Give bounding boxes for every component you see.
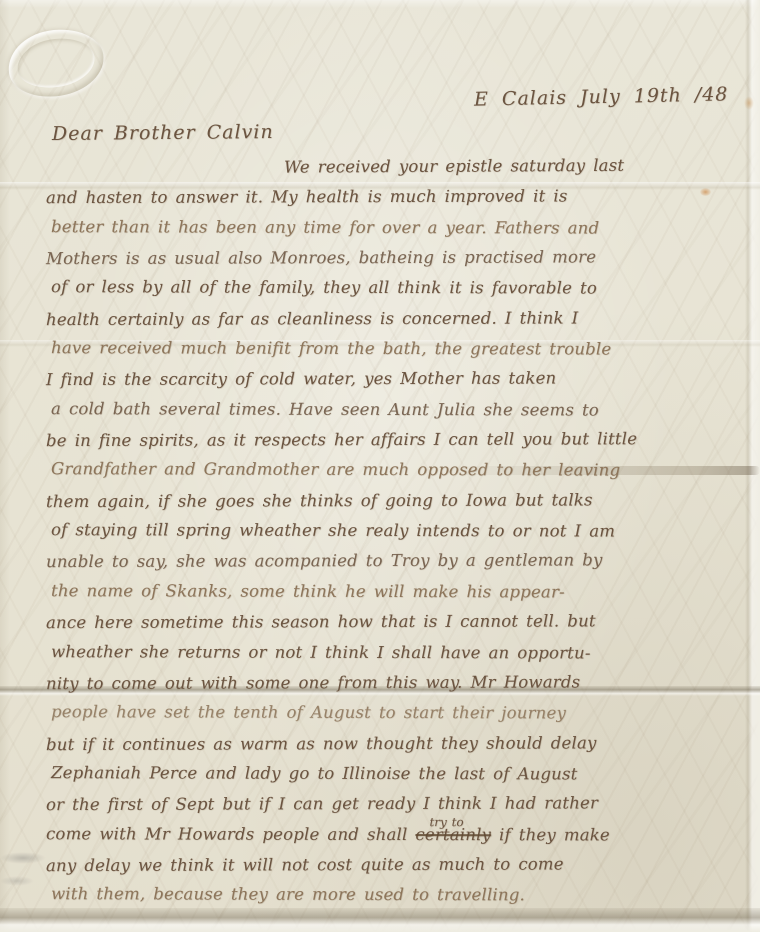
inserted-text: try to <box>429 807 463 837</box>
letter-line: unable to say, she was acompanied to Tro… <box>46 545 746 578</box>
embossed-stationery-seal <box>3 23 108 103</box>
letter-line: of or less by all of the family, they al… <box>46 273 746 305</box>
letter-line: nity to come out with some one from this… <box>46 667 746 700</box>
letter-line: Mothers is as usual also Monroes, bathei… <box>46 242 746 275</box>
letter-line: and hasten to answer it. My health is mu… <box>46 181 746 214</box>
letter-lines-block: and hasten to answer it. My health is mu… <box>46 182 746 819</box>
letter-line: with them, because they are more used to… <box>46 879 746 911</box>
letter-line: a cold bath several times. Have seen Aun… <box>46 394 746 426</box>
paper-left-edge <box>0 0 10 932</box>
letter-line: wheather she returns or not I think I sh… <box>46 637 746 669</box>
letter-line: people have set the tenth of August to s… <box>46 697 746 729</box>
letter-lines-block: any delay we think it will not cost quit… <box>46 850 746 911</box>
letter-line: be in fine spirits, as it respects her a… <box>46 424 746 457</box>
dateline: E Calais July 19th /48 <box>473 83 728 110</box>
salutation: Dear Brother Calvin <box>52 121 274 145</box>
correction-wrap: try tocertainly <box>415 820 491 851</box>
letter-line: or the first of Sept but if I can get re… <box>46 788 746 821</box>
ink-smudge <box>0 876 34 886</box>
letter-line: have received much benifit from the bath… <box>46 333 746 365</box>
foxing-spot <box>744 96 754 110</box>
letter-line: Zephaniah Perce and lady go to Illinoise… <box>46 758 746 790</box>
letter-line: ance here sometime this season how that … <box>46 606 746 639</box>
letter-line: of staying till spring wheather she real… <box>46 515 746 547</box>
letter-opening-line: We received your epistle saturday last <box>46 150 746 184</box>
scanned-letter-page: E Calais July 19th /48 Dear Brother Calv… <box>0 0 760 932</box>
fold-crease <box>0 908 760 932</box>
correction-post-text: if they make <box>491 825 610 844</box>
letter-line: health certainly as far as cleanliness i… <box>46 303 746 336</box>
letter-body: We received your epistle saturday last a… <box>46 152 746 911</box>
letter-line: them again, if she goes she thinks of go… <box>46 485 746 518</box>
correction-pre-text: come with Mr Howards people and shall <box>46 824 415 844</box>
letter-line-with-correction: come with Mr Howards people and shall tr… <box>46 819 746 851</box>
letter-line: better than it has been any time for ove… <box>46 212 746 244</box>
letter-line: I find is the scarcity of cold water, ye… <box>46 363 746 396</box>
letter-line: the name of Skanks, some think he will m… <box>46 576 746 608</box>
letter-line: Grandfather and Grandmother are much opp… <box>46 455 746 487</box>
letter-line: but if it continues as warm as now thoug… <box>46 727 746 760</box>
letter-line: any delay we think it will not cost quit… <box>46 849 746 882</box>
ink-smudge <box>0 852 46 864</box>
paper-top-edge <box>0 0 760 8</box>
